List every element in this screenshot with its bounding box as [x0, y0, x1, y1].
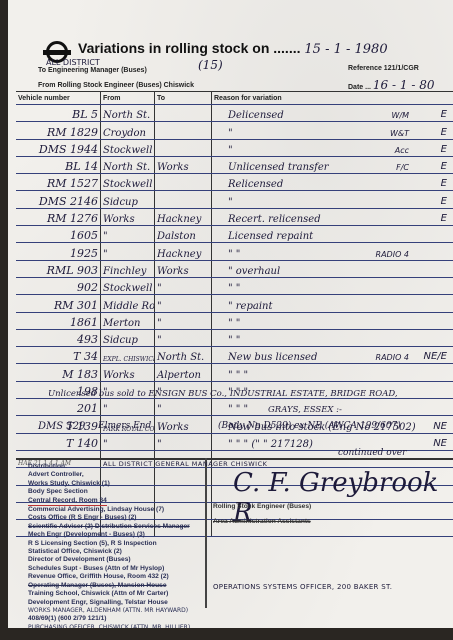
table-row: T 34EXPL. CHISWICKNorth St.New bus licen…	[16, 347, 453, 364]
distribution-item: R S Licensing Section (5), R S Inspectio…	[28, 540, 218, 548]
title-date: 15 - 1 - 1980	[304, 42, 387, 57]
table-row: RM 1527StockwellRelicensedE	[16, 174, 453, 191]
table-header-row: Vehicle number From To Reason for variat…	[16, 92, 453, 105]
reason-text: "	[214, 197, 233, 208]
from-depot: Sidcup	[101, 191, 155, 208]
distribution-item: Distribution:	[28, 463, 218, 471]
to-depot	[155, 139, 212, 156]
reason-text: " repaint	[214, 301, 273, 312]
title-text: Variations in rolling stock on	[78, 40, 269, 56]
table-row: RM 1829Croydon"W&TE	[16, 122, 453, 139]
grade-mark: E	[441, 196, 447, 207]
scan-edge	[0, 628, 453, 640]
from-depot: EXPL. CHISWICK	[101, 347, 155, 364]
distribution-item: Advert Controller,	[28, 471, 218, 479]
vehicle-number: RML 903	[16, 260, 101, 277]
to-depot: "	[155, 399, 212, 416]
table-row: RM 1276WorksHackneyRecert. relicensedE	[16, 208, 453, 225]
grade-mark: E	[441, 161, 447, 172]
code-note: W/M	[391, 111, 409, 120]
reason-cell: " overhaul	[212, 260, 453, 277]
from-depot: Works	[101, 208, 155, 225]
table-row: DMS 2146Sidcup"E	[16, 191, 453, 208]
to-depot: Works	[155, 416, 212, 433]
vehicle-number: BL 5	[16, 105, 101, 122]
grade-mark: NE/E	[424, 351, 448, 362]
to-depot	[155, 174, 212, 191]
distribution-item: Operating Manager (Buses), Mansion House	[28, 582, 218, 590]
reason-cell: " "	[212, 329, 453, 346]
from-line: From Rolling Stock Engineer (Buses) Chis…	[38, 82, 194, 89]
distribution-item: Revenue Office, Griffith House, Room 432…	[28, 573, 218, 581]
to-depot	[155, 105, 212, 122]
distribution-item: Central Record, Room 34	[28, 497, 107, 506]
reason-text: Licensed repaint	[214, 231, 313, 242]
reason-cell: "W&TE	[212, 122, 453, 139]
distribution-item: Works Study, Chiswick (1)	[28, 480, 218, 488]
vehicle-number: BL 14	[16, 156, 101, 173]
reference: Reference 121/1/CGR	[348, 65, 419, 72]
distribution-item: Director of Development (Buses)	[28, 556, 218, 564]
from-depot: Elmers End	[98, 421, 151, 431]
reason-text: " "	[214, 335, 240, 346]
grade-mark: E	[441, 127, 447, 138]
from-depot: Merton	[101, 312, 155, 329]
reason-text: " "	[214, 249, 240, 260]
sheet-number: (15)	[198, 58, 223, 72]
distribution-item: Body Spec Section	[28, 488, 218, 496]
from-depot: North St.	[101, 105, 155, 122]
recipient-annotation: ALL DISTRICT	[46, 58, 100, 67]
distribution-item: Commercial Advertising, Lindsay House (7…	[28, 506, 218, 514]
table-row: DMS 1944Stockwell"AccE	[16, 139, 453, 156]
table-row: 1605"DalstonLicensed repaint	[16, 226, 453, 243]
from-depot: Sidcup	[101, 329, 155, 346]
table-row: 1861Merton"" "	[16, 312, 453, 329]
grade-mark: E	[441, 178, 447, 189]
reason-text: "	[214, 145, 233, 156]
page-title: Variations in rolling stock on ....... 1…	[78, 40, 388, 57]
vehicle-number: 902	[16, 277, 101, 294]
reason-text: " " "	[214, 404, 248, 415]
code-note: RADIO 4	[376, 353, 409, 362]
to-depot: North St.	[155, 347, 212, 364]
document-page: Variations in rolling stock on ....... 1…	[8, 0, 453, 628]
to-line: To Engineering Manager (Buses)	[38, 67, 147, 74]
grade-mark: NE	[433, 421, 447, 432]
from-depot: Croydon	[101, 122, 155, 139]
table-row: 1925"Hackney" "RADIO 4	[16, 243, 453, 260]
reason-text: Delicensed	[214, 110, 284, 121]
to-depot	[155, 122, 212, 139]
to-depot: Works	[155, 156, 212, 173]
from-depot: Middle Row	[101, 295, 155, 312]
reason-cell: RelicensedE	[212, 174, 453, 191]
reason-cell: "AccE	[212, 139, 453, 156]
distribution-item: WORKS MANAGER, ALDENHAM (ATTN. MR HAYWAR…	[28, 607, 218, 615]
vehicle-number: 493	[16, 329, 101, 346]
distribution-item: Training School, Chiswick (Attn of Mr Ca…	[28, 590, 218, 598]
distribution-item: Costs Office (R S Engr - Buses) (2)	[28, 514, 218, 522]
operations-note: OPERATIONS SYSTEMS OFFICER, 200 BAKER ST…	[213, 583, 392, 591]
from-depot: Finchley	[101, 260, 155, 277]
to-depot: Dalston	[155, 226, 212, 243]
reason-text: " " " (" " 217128)	[214, 439, 313, 450]
from-depot: "	[101, 399, 155, 416]
from-depot: "	[101, 243, 155, 260]
reason-text: " " "	[214, 370, 248, 381]
distribution-item: Schedules Supt - Buses (Attn of Mr Hyslo…	[28, 565, 218, 573]
table-row: M 183WorksAlperton" " "	[16, 364, 453, 381]
reason-text: "	[214, 128, 233, 139]
reason-text: Recert. relicensed	[214, 214, 321, 225]
reason-text: New bus licensed	[214, 352, 317, 363]
from-depot: Stockwell	[101, 277, 155, 294]
code-note: W&T	[390, 129, 409, 138]
date-field: Date ... 16 - 1 - 80	[348, 78, 434, 92]
reason-cell: " "RADIO 4	[212, 243, 453, 260]
title-dots: .......	[273, 40, 300, 56]
vehicle-number: RM 1276	[16, 208, 101, 225]
distribution-item: Mech Engr (Development - Buses) (3)	[28, 531, 218, 539]
vehicle-number: M 183	[16, 364, 101, 381]
code-note: RADIO 4	[376, 250, 409, 259]
reason-cell: " " " (" " 217128)NE	[212, 433, 453, 450]
to-depot: "	[155, 295, 212, 312]
span-row-text: Unlicensed bus sold to ENSIGN BUS Co., I…	[48, 389, 398, 399]
table-row: BL 5North St.DelicensedW/ME	[16, 105, 453, 122]
from-depot: North St.	[101, 156, 155, 173]
vehicle-number: DMS 2146	[16, 191, 101, 208]
reason-cell: Unlicensed transferF/CE	[212, 156, 453, 173]
reason-text: Unlicensed transfer	[214, 162, 329, 173]
vehicle-number: DMS 529	[38, 421, 85, 432]
vehicle-number: RM 1527	[16, 174, 101, 191]
vehicle-number: DMS 1944	[16, 139, 101, 156]
table-row: RML 903FinchleyWorks" overhaul	[16, 260, 453, 277]
table-row: 493Sidcup"" "	[16, 329, 453, 346]
continued-over: continued over	[338, 448, 406, 458]
to-depot: Alperton	[155, 364, 212, 381]
to-depot: Hackney	[155, 243, 212, 260]
reason-cell: DelicensedW/ME	[212, 105, 453, 122]
distribution-item: Scientific Adviser (2) Distribution Serv…	[28, 523, 218, 531]
reason-cell: " repaint	[212, 295, 453, 312]
vehicle-number: RM 301	[16, 295, 101, 312]
vehicle-number: RM 1829	[16, 122, 101, 139]
vehicle-number: 1605	[16, 226, 101, 243]
grade-mark: E	[441, 144, 447, 155]
distribution-item: Development Engr, Signalling, Telstar Ho…	[28, 599, 218, 607]
col-vehicle-number: Vehicle number	[16, 92, 101, 105]
table-row: RM 301Middle Row"" repaint	[16, 295, 453, 312]
reason-text: " "	[214, 283, 240, 294]
from-depot: "	[101, 433, 155, 450]
reason-text: " overhaul	[214, 266, 280, 277]
area-admin-struck: Area Administration Assistants	[213, 518, 311, 525]
reason-cell: "E	[212, 191, 453, 208]
table-row: 201""" " "	[16, 399, 453, 416]
vehicle-number: T 34	[16, 347, 101, 364]
reason-cell: " "	[212, 277, 453, 294]
distribution-list: Distribution:Advert Controller,Works Stu…	[28, 463, 218, 628]
col-reason: Reason for variation	[212, 92, 453, 105]
vehicle-number: 1861	[16, 312, 101, 329]
reason-cell: " " "	[212, 364, 453, 381]
grade-mark: E	[441, 109, 447, 120]
col-to: To	[155, 92, 212, 105]
to-depot: Hackney	[155, 208, 212, 225]
vehicle-number: T 140	[16, 433, 101, 450]
from-depot: Works	[101, 364, 155, 381]
to-depot	[155, 191, 212, 208]
reason-text: " "	[214, 318, 240, 329]
signature-title: Rolling Stock Engineer (Buses)	[213, 503, 311, 510]
reason-cell: New bus licensedRADIO 4NE/E	[212, 347, 453, 364]
reason-text: Relicensed	[214, 179, 283, 190]
vehicle-number: 1925	[16, 243, 101, 260]
to-depot: "	[155, 329, 212, 346]
span-row-text: GRAYS, ESSEX :-	[268, 405, 342, 415]
reason-cell: Licensed repaint	[212, 226, 453, 243]
table-row: BL 14North St.WorksUnlicensed transferF/…	[16, 156, 453, 173]
code-note: Acc	[395, 146, 409, 155]
to-depot: Works	[155, 260, 212, 277]
reason-cell: Recert. relicensedE	[212, 208, 453, 225]
distribution-item: 408/69(1) (600 2/79 121/1)	[28, 615, 218, 623]
table-row: 902Stockwell"" "	[16, 277, 453, 294]
from-depot: Stockwell	[101, 139, 155, 156]
col-from: From	[101, 92, 155, 105]
from-depot: Stockwell	[101, 174, 155, 191]
to-depot: "	[155, 433, 212, 450]
code-note: F/C	[396, 163, 409, 172]
date-value: 16 - 1 - 80	[373, 78, 435, 92]
span-row-text: (Body No D529) ex NE (AWCA 199/607)	[218, 421, 401, 431]
date-label: Date	[348, 84, 363, 91]
grade-mark: E	[441, 213, 447, 224]
distribution-item: Statistical Office, Chiswick (2)	[28, 548, 218, 556]
vehicle-number: 201	[16, 399, 101, 416]
grade-mark: NE	[433, 438, 447, 449]
to-depot: "	[155, 277, 212, 294]
to-depot: "	[155, 312, 212, 329]
reason-cell: " "	[212, 312, 453, 329]
from-depot: "	[101, 226, 155, 243]
